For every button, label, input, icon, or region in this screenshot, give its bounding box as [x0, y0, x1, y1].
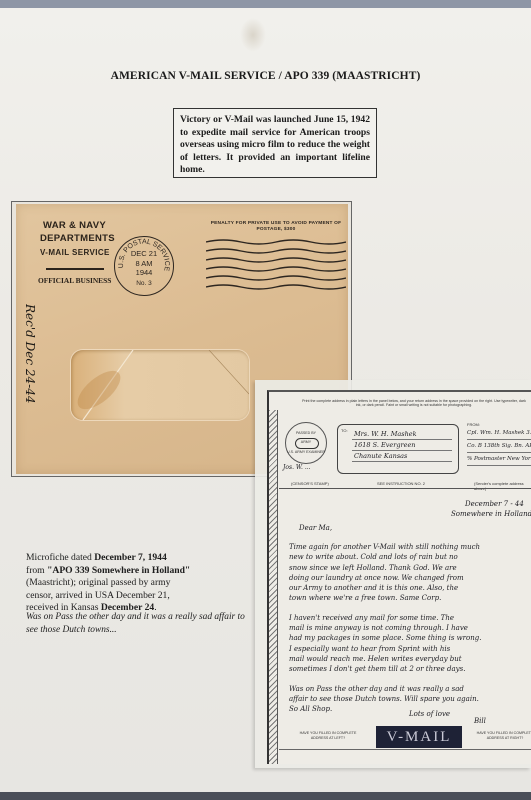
to-line-2: 1618 S. Evergreen: [354, 441, 415, 449]
caption-text: Microfiche dated: [26, 552, 94, 563]
to-rule-3: [352, 461, 452, 462]
letter-signature: Bill: [474, 717, 486, 725]
to-line-3: Chanute Kansas: [354, 452, 407, 460]
cancellation-waves-icon: [206, 238, 346, 300]
postmark-date: DEC 21: [115, 249, 173, 259]
to-rule-1: [352, 439, 452, 440]
department-block: WAR & NAVY DEPARTMENTS V-MAIL SERVICE: [40, 220, 115, 257]
exhibit-title: AMERICAN V-MAIL SERVICE / APO 339 (MAAST…: [0, 70, 531, 82]
body-line: sometimes I don't get them till at 2 or …: [289, 664, 531, 674]
header-divider: [279, 488, 531, 489]
caption-date: December 7, 1944: [94, 552, 167, 563]
dept-line-2: DEPARTMENTS: [40, 233, 115, 244]
postmark-year: 1944: [115, 268, 173, 278]
exhibit-page: AMERICAN V-MAIL SERVICE / APO 339 (MAAST…: [0, 8, 531, 792]
dept-line-1: WAR & NAVY: [43, 220, 115, 231]
from-line-1: Cpl. Wm. H. Mashek 3...: [467, 430, 531, 436]
hatched-margin: [269, 410, 278, 764]
body-line: mail would reach me. Helen writes everyd…: [289, 654, 531, 664]
info-box: Victory or V-Mail was launched June 15, …: [173, 108, 377, 178]
window-fold-lines: [71, 350, 249, 420]
svg-text:Rec'd Dec 24-44: Rec'd Dec 24-44: [23, 304, 37, 404]
censor-stamp-icon: PASSED BY ARMY U.S. ARMY EXAMINER: [285, 422, 327, 464]
from-line-2: Co. B 138th Sig. Bn. APO...: [467, 443, 531, 449]
letter-closing: Lots of love: [409, 710, 450, 718]
footer-rule: [279, 749, 531, 750]
postmark-icon: U.S. POSTAL SERVICE DEC 21 8 AM 1944 No.…: [114, 236, 174, 296]
official-business: OFFICIAL BUSINESS: [38, 276, 111, 285]
caption-text: (Maastricht); original passed by army: [26, 577, 170, 588]
to-address-box: TO: Mrs. W. H. Mashek 1618 S. Evergreen …: [337, 424, 459, 474]
to-rule-2: [352, 450, 452, 451]
body-line: Was on Pass the other day and it was rea…: [289, 684, 531, 694]
to-label: TO:: [341, 428, 348, 433]
body-line: town where we're a free town. Same Corp.: [289, 593, 531, 603]
postmark-station: No. 3: [115, 279, 173, 289]
from-line-3: % Postmaster New York N.Y.: [467, 456, 531, 462]
body-line: mail is mine anyway is not coming throug…: [289, 623, 531, 633]
vmail-letter-sheet: Print the complete address in plain lett…: [255, 380, 531, 768]
vmail-logo: V-MAIL: [376, 726, 462, 748]
letter-quote: Was on Pass the other day and it was a r…: [26, 611, 256, 636]
body-line: had my packages in some place. Some thin…: [289, 633, 531, 643]
letter-body: Time again for another V-Mail with still…: [289, 542, 531, 714]
body-line: I especially want to hear from Sprint wi…: [289, 644, 531, 654]
postmark-center: DEC 21 8 AM 1944 No. 3: [115, 249, 173, 288]
letter-salutation: Dear Ma,: [299, 524, 332, 532]
handwritten-received-note: Rec'd Dec 24-44: [20, 304, 42, 434]
body-line: affair to see those Dutch towns. Will sp…: [289, 694, 531, 704]
bottom-edge: [0, 792, 531, 800]
censor-stamp-bottom: U.S. ARMY EXAMINER: [286, 450, 326, 455]
to-line-1: Mrs. W. H. Mashek: [354, 430, 417, 438]
censor-signature: Jos. W. ...: [283, 464, 311, 471]
from-rule-1: [467, 439, 531, 440]
caption-text: from: [26, 565, 47, 576]
body-line: Time again for another V-Mail with still…: [289, 542, 531, 552]
letter-place: Somewhere in Holland: [451, 510, 531, 518]
address-window: [71, 350, 249, 420]
envelope-rule: [46, 268, 104, 270]
body-line: new to write about. Cold and lots of rai…: [289, 552, 531, 562]
footer-right-note: HAVE YOU FILLED IN COMPLETE ADDRESS AT R…: [475, 731, 531, 740]
instruction-label: SEE INSTRUCTION NO. 2: [377, 481, 425, 486]
exhibit-caption: Microfiche dated December 7, 1944 from "…: [26, 552, 256, 615]
form-instructions: Print the complete address in plain lett…: [299, 399, 529, 407]
footer-left-note: HAVE YOU FILLED IN COMPLETE ADDRESS AT L…: [293, 731, 363, 740]
censor-stamp-top: PASSED BY: [286, 431, 326, 436]
censor-stamp-center: ARMY: [286, 440, 326, 445]
body-line: snow since we left Holland. Thank God. W…: [289, 563, 531, 573]
penalty-notice: PENALTY FOR PRIVATE USE TO AVOID PAYMENT…: [206, 221, 346, 233]
postmark-time: 8 AM: [115, 259, 173, 269]
body-line: I haven't received any mail for some tim…: [289, 613, 531, 623]
from-label: FROM:: [467, 422, 480, 427]
from-rule-3: [467, 465, 531, 466]
caption-origin: "APO 339 Somewhere in Holland": [47, 565, 190, 576]
body-line: doing our laundry at once now. We change…: [289, 573, 531, 583]
censor-stamp-label: (CENSOR'S STAMP): [291, 481, 329, 486]
dept-line-3: V-MAIL SERVICE: [40, 248, 115, 257]
sender-label: (Sender's complete address above): [474, 481, 531, 491]
vmail-form: Print the complete address in plain lett…: [267, 390, 531, 764]
caption-text: censor, arrived in USA December 21,: [26, 590, 170, 601]
pushpin-shadow: [240, 18, 266, 52]
letter-date: December 7 - 44: [465, 500, 524, 508]
from-rule-2: [467, 452, 531, 453]
body-line: our Army to another and it is this one. …: [289, 583, 531, 593]
